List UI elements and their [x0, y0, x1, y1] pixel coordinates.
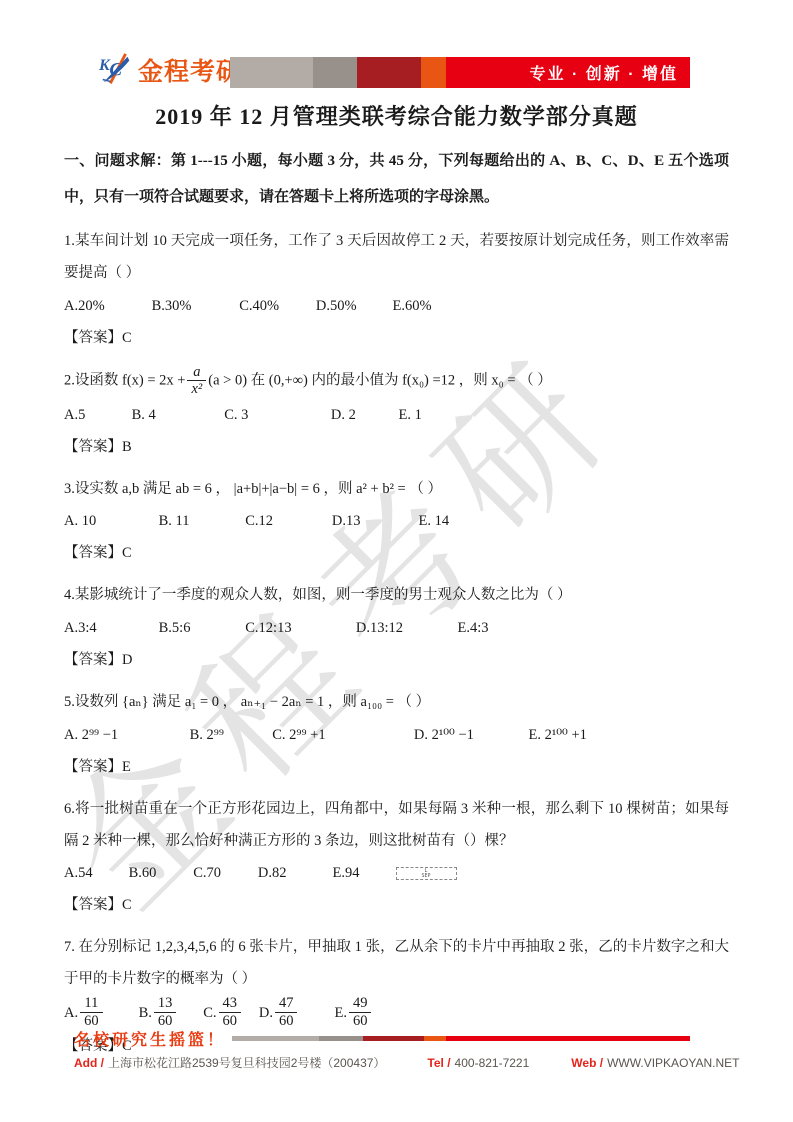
- option-b: B.1360: [139, 995, 200, 1029]
- question-1-options: A.20% B.30% C.40% D.50% E.60%: [64, 289, 729, 322]
- option-a: A. 10: [64, 505, 155, 537]
- fraction-numerator: 11: [80, 995, 103, 1013]
- bar-segment-lightgray: [232, 1036, 319, 1041]
- option-d: D. 2: [331, 399, 395, 431]
- footer-slogan-row: 名校研究生摇篮！: [74, 1028, 729, 1048]
- question-6-text: 6.将一批树苗重在一个正方形花园边上，四角都中，如果每隔 3 米种一根，那么剩下…: [64, 793, 729, 857]
- option-d: D.13: [332, 505, 415, 537]
- option-c: C.12: [245, 505, 328, 537]
- document-content: 2019 年 12 月管理类联考综合能力数学部分真题 一、问题求解：第 1---…: [64, 100, 729, 1062]
- option-d: D.13:12: [356, 612, 454, 644]
- question-2-options: A.5 B. 4 C. 3 D. 2 E. 1: [64, 398, 729, 431]
- option-b: B. 11: [159, 505, 242, 537]
- footer-address: Add /上海市松花江路2539号复旦科技园2号楼（200437）: [74, 1054, 385, 1071]
- fraction: 4760: [275, 995, 298, 1029]
- option-e: E.60%: [393, 290, 466, 322]
- question-6-answer: 【答案】C: [64, 889, 729, 921]
- option-c: C.12:13: [245, 612, 352, 644]
- bar-segment-darkred: [363, 1036, 424, 1041]
- question-3-options: A. 10 B. 11 C.12 D.13 E. 14: [64, 505, 729, 538]
- question-7-options: A.1160 B.1360 C.4360 D.4760 E.4960: [64, 995, 729, 1029]
- option-label: D.: [259, 997, 273, 1029]
- option-d: D. 2¹⁰⁰ −1: [414, 719, 525, 751]
- fraction-numerator: 13: [154, 995, 177, 1013]
- question-5: 5.设数列 {aₙ} 满足 a₁ = 0 ， aₙ₊₁ − 2aₙ = 1 ，则…: [64, 686, 729, 783]
- fraction: 4360: [219, 995, 242, 1029]
- formula-after: (a > 0) 在 (0,+∞) 内的最小值为 f(x₀) =12 ，则 x₀ …: [208, 372, 552, 388]
- option-label: A.: [64, 997, 78, 1029]
- option-e: E. 14: [419, 505, 502, 537]
- footer-contact-row: Add /上海市松花江路2539号复旦科技园2号楼（200437） Tel /4…: [74, 1054, 729, 1071]
- page-title: 2019 年 12 月管理类联考综合能力数学部分真题: [64, 100, 729, 131]
- question-3: 3.设实数 a,b 满足 ab = 6 ， |a+b|+|a−b| = 6 ，则…: [64, 473, 729, 570]
- fraction-numerator: 47: [275, 995, 298, 1013]
- option-c: C. 2⁹⁹ +1: [272, 719, 410, 751]
- option-d: D.50%: [316, 290, 389, 322]
- option-label: E.: [335, 997, 347, 1029]
- option-d: D.4760: [259, 995, 331, 1029]
- question-2: 2.设函数 f(x) = 2x +ax²(a > 0) 在 (0,+∞) 内的最…: [64, 364, 729, 463]
- brand-name: 金程考研: [138, 52, 242, 88]
- web-label: Web /: [571, 1056, 603, 1070]
- question-5-answer: 【答案】E: [64, 751, 729, 783]
- option-e: E.4960: [335, 995, 374, 1029]
- question-3-text: 3.设实数 a,b 满足 ab = 6 ， |a+b|+|a−b| = 6 ，则…: [64, 473, 729, 505]
- option-a: A.54: [64, 857, 125, 889]
- address-label: Add /: [74, 1056, 104, 1070]
- question-6-options: A.54 B.60 C.70 D.82 E.94LSEP: [64, 857, 729, 890]
- fraction: 1360: [154, 995, 177, 1029]
- footer-color-bar: [232, 1036, 690, 1041]
- bar-segment-gray: [319, 1036, 363, 1041]
- question-4: 4.某影城统计了一季度的观众人数，如图，则一季度的男士观众人数之比为（ ） A.…: [64, 579, 729, 676]
- option-label: B.: [139, 997, 152, 1029]
- question-7-text: 7. 在分别标记 1,2,3,4,5,6 的 6 张卡片，甲抽取 1 张，乙从余…: [64, 931, 729, 995]
- question-1-text: 1.某车间计划 10 天完成一项任务，工作了 3 天后因故停工 2 天，若要按原…: [64, 225, 729, 289]
- option-b: B.60: [129, 857, 190, 889]
- fraction-numerator: 49: [349, 995, 372, 1013]
- fraction-numerator: 43: [219, 995, 242, 1013]
- option-a: A.20%: [64, 290, 148, 322]
- option-b: B. 4: [132, 399, 221, 431]
- option-c: C.40%: [239, 290, 312, 322]
- missing-glyph-box: LSEP: [396, 867, 457, 880]
- question-3-answer: 【答案】C: [64, 537, 729, 569]
- bar-segment-gray: [313, 57, 357, 88]
- option-a: A.5: [64, 399, 128, 431]
- footer-slogan: 名校研究生摇篮！: [74, 1027, 226, 1050]
- bar-segment-red: 专业 · 创新 · 增值: [446, 57, 690, 88]
- tel-value: 400-821-7221: [455, 1056, 530, 1070]
- footer-tel: Tel /400-821-7221: [427, 1056, 529, 1070]
- option-c: C.70: [193, 857, 254, 889]
- option-d: D.82: [258, 857, 329, 889]
- section-instructions: 一、问题求解：第 1---15 小题，每小题 3 分，共 45 分，下列每题给出…: [64, 143, 729, 215]
- brand-logo: K C 金程考研: [98, 50, 242, 90]
- formula-before: 2.设函数 f(x) = 2x +: [64, 372, 185, 388]
- bar-segment-red: [446, 1036, 690, 1041]
- fraction-numerator: a: [187, 364, 206, 382]
- option-b: B.5:6: [159, 612, 242, 644]
- question-4-answer: 【答案】D: [64, 644, 729, 676]
- question-2-answer: 【答案】B: [64, 431, 729, 463]
- question-4-text: 4.某影城统计了一季度的观众人数，如图，则一季度的男士观众人数之比为（ ）: [64, 579, 729, 611]
- option-a: A.3:4: [64, 612, 155, 644]
- bar-segment-orange: [424, 1036, 446, 1041]
- option-b: B. 2⁹⁹: [190, 719, 269, 751]
- fraction: 1160: [80, 995, 103, 1029]
- option-e: E.94: [333, 857, 394, 889]
- question-6: 6.将一批树苗重在一个正方形花园边上，四角都中，如果每隔 3 米种一根，那么剩下…: [64, 793, 729, 922]
- question-5-options: A. 2⁹⁹ −1 B. 2⁹⁹ C. 2⁹⁹ +1 D. 2¹⁰⁰ −1 E.…: [64, 718, 729, 751]
- kcy-logo-icon: K C: [98, 51, 136, 89]
- footer-web: Web /WWW.VIPKAOYAN.NET: [571, 1056, 739, 1070]
- option-a: A. 2⁹⁹ −1: [64, 719, 186, 751]
- question-5-text: 5.设数列 {aₙ} 满足 a₁ = 0 ， aₙ₊₁ − 2aₙ = 1 ，则…: [64, 686, 729, 718]
- bar-segment-orange: [421, 57, 446, 88]
- question-4-options: A.3:4 B.5:6 C.12:13 D.13:12 E.4:3: [64, 611, 729, 644]
- glyph-box-bottom: SEP: [398, 874, 455, 879]
- tel-label: Tel /: [427, 1056, 450, 1070]
- option-e: E.4:3: [458, 612, 489, 644]
- option-a: A.1160: [64, 995, 135, 1029]
- fraction: ax²: [187, 364, 206, 398]
- option-label: C.: [203, 997, 216, 1029]
- option-e: E. 1: [399, 399, 422, 431]
- question-1-answer: 【答案】C: [64, 322, 729, 354]
- question-2-text: 2.设函数 f(x) = 2x +ax²(a > 0) 在 (0,+∞) 内的最…: [64, 364, 729, 398]
- header-color-bar: 专业 · 创新 · 增值: [230, 57, 690, 88]
- address-value: 上海市松花江路2539号复旦科技园2号楼（200437）: [108, 1056, 385, 1070]
- header-slogan: 专业 · 创新 · 增值: [530, 61, 690, 84]
- question-1: 1.某车间计划 10 天完成一项任务，工作了 3 天后因故停工 2 天，若要按原…: [64, 225, 729, 354]
- option-c: C. 3: [224, 399, 327, 431]
- option-c: C.4360: [203, 995, 255, 1029]
- bar-segment-darkred: [357, 57, 421, 88]
- fraction-denominator: x²: [187, 381, 206, 398]
- option-e: E. 2¹⁰⁰ +1: [529, 719, 587, 751]
- option-b: B.30%: [152, 290, 236, 322]
- document-page: 金程考研 K C 金程考研 专业 · 创新 · 增值 2019 年 12 月管理…: [0, 0, 793, 1122]
- fraction: 4960: [349, 995, 372, 1029]
- footer: 名校研究生摇篮！ Add /上海市松花江路2539号复旦科技园2号楼（20043…: [74, 1028, 729, 1071]
- header: K C 金程考研 专业 · 创新 · 增值: [0, 50, 793, 92]
- bar-segment-lightgray: [230, 57, 313, 88]
- web-value: WWW.VIPKAOYAN.NET: [607, 1056, 739, 1070]
